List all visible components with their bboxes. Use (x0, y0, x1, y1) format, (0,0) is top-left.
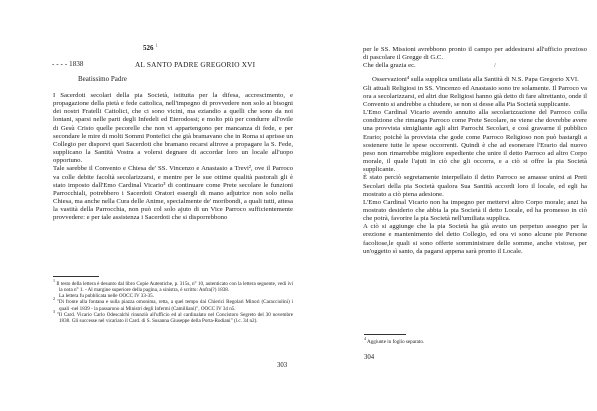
document-number: 526 1 (143, 44, 158, 52)
closing-mark: / (494, 62, 496, 69)
page-number: 304 (364, 354, 374, 361)
footnote-4: 4 Aggiunte in foglio separato. (364, 339, 564, 345)
footnote-1: 1 Il testo della lettera è desunto dal l… (53, 281, 293, 293)
letter-addressee: AL SANTO PADRE GREGORIO XVI (135, 60, 255, 69)
footnote-divider (53, 276, 99, 277)
letter-date: - - - - 1838 (52, 60, 84, 68)
footnote-mark: 1 (155, 44, 158, 49)
paragraph: I Sacerdoti secolari della pia Società, … (53, 92, 293, 165)
closing-formula: Che della grazia ec. (363, 62, 587, 70)
page-number: 303 (277, 362, 287, 369)
footnote-3: 3 "Il Card. Vicario Carlo Odescalchi rin… (53, 312, 293, 324)
paragraph: Gli attuali Religiosi in SS. Vincenzo ed… (363, 85, 587, 109)
paragraph: A ciò si aggiunge che la pia Società ha … (363, 223, 587, 256)
paragraph: L'Emo Cardinal Vicario non ha impegno pe… (363, 199, 587, 223)
letter-body: I Sacerdoti secolari della pia Società, … (53, 92, 293, 223)
paragraph: L'Emo Cardinal Vicario avendo annuito al… (363, 109, 587, 174)
salutation: Beatissimo Padre (78, 75, 127, 83)
document-number-text: 526 (143, 44, 154, 52)
left-page: 526 1 - - - - 1838 AL SANTO PADRE GREGOR… (0, 0, 300, 411)
observations-title: Osservazioni⁴ sulla supplica umiliata al… (363, 76, 587, 84)
right-page-body: per le SS. Missioni avrebbono pronto il … (363, 46, 587, 256)
paragraph: Tale sarebbe il Convento e Chiesa de' SS… (53, 165, 293, 222)
footnote-divider (364, 334, 406, 335)
continuation-text: per le SS. Missioni avrebbono pronto il … (363, 46, 587, 62)
paragraph: È stato perciò segretamente interpellato… (363, 174, 587, 198)
footnotes: 1 Il testo della lettera è desunto dal l… (53, 281, 293, 324)
footnote-2: 2 "Di fronte alla fontana e sulla piazza… (53, 299, 293, 311)
footnotes: 4 Aggiunte in foglio separato. (364, 339, 564, 345)
